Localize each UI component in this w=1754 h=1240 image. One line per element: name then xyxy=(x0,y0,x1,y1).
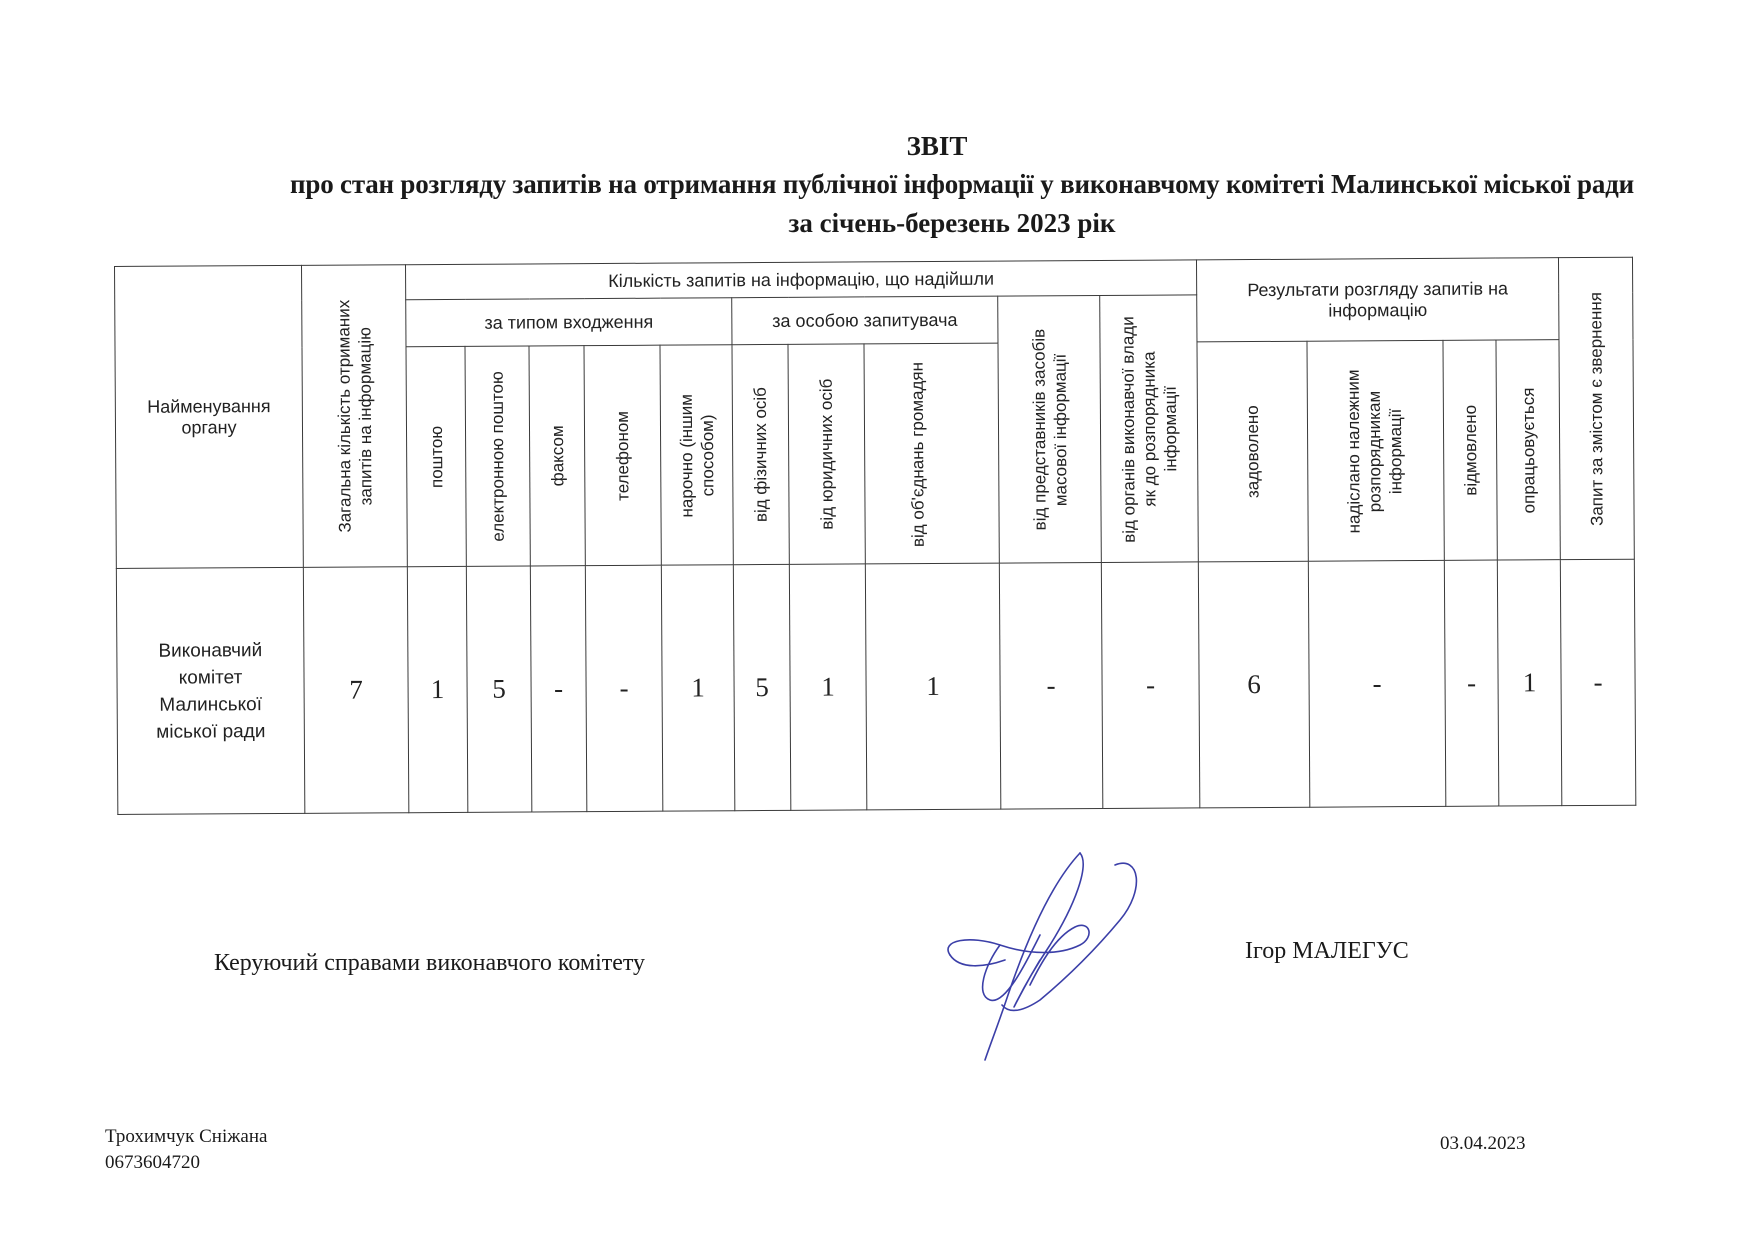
report-period: за січень-березень 2023 рік xyxy=(150,204,1754,242)
header-from-authorities: від органів виконавчої влади як до розпо… xyxy=(1100,295,1199,563)
report-title-block: ЗВІТ про стан розгляду запитів на отрима… xyxy=(0,128,1754,242)
header-by-email: електронною поштою xyxy=(465,346,530,566)
report-date: 03.04.2023 xyxy=(1440,1133,1526,1155)
cell-by-fax: - xyxy=(530,566,587,812)
report-title: ЗВІТ xyxy=(120,128,1754,164)
header-in-progress: опрацьовується xyxy=(1496,340,1560,560)
cell-from-individuals: 5 xyxy=(733,564,791,810)
cell-in-progress: 1 xyxy=(1497,560,1562,806)
header-satisfied: задоволено xyxy=(1197,341,1308,562)
report-subtitle: про стан розгляду запитів на отримання п… xyxy=(170,164,1754,204)
header-results-group: Результати розгляду запитів на інформаці… xyxy=(1196,258,1558,342)
handwritten-signature xyxy=(930,845,1200,1075)
header-from-associations: від об'єднань громадян xyxy=(864,343,999,564)
cell-refused: - xyxy=(1444,560,1499,806)
cell-by-hand: 1 xyxy=(661,565,735,811)
cell-total: 7 xyxy=(303,567,409,814)
header-received-group: Кількість запитів на інформацію, що наді… xyxy=(405,260,1196,300)
header-by-hand: нарочно (іншим способом) xyxy=(660,345,733,565)
executor-info: Трохимчук Сніжана 0673604720 xyxy=(105,1124,267,1176)
header-by-type-group: за типом входження xyxy=(406,298,732,347)
header-row-1: Найменування органу Загальна кількість о… xyxy=(115,257,1633,301)
header-total: Загальна кількість отриманих запитів на … xyxy=(301,265,407,568)
header-by-person-group: за особою запитувача xyxy=(732,296,998,345)
cell-from-associations: 1 xyxy=(865,563,1001,810)
cell-by-mail: 1 xyxy=(407,566,468,812)
cell-appeal-content: - xyxy=(1560,559,1636,805)
requests-report-table: Найменування органу Загальна кількість о… xyxy=(114,257,1636,815)
header-from-individuals: від фізичних осіб xyxy=(732,344,789,564)
header-refused: відмовлено xyxy=(1443,340,1497,560)
executor-name: Трохимчук Сніжана xyxy=(105,1124,267,1150)
cell-by-email: 5 xyxy=(466,566,532,812)
cell-by-phone: - xyxy=(585,565,663,811)
signatory-role: Керуючий справами виконавчого комітету xyxy=(214,950,645,977)
header-forwarded: надіслано належним розпорядникам інформа… xyxy=(1307,340,1444,561)
cell-from-media: - xyxy=(999,562,1103,809)
header-from-legal: від юридичних осіб xyxy=(788,344,865,564)
cell-satisfied: 6 xyxy=(1198,561,1310,808)
cell-org-name: Виконавчий комітет Малинської міської ра… xyxy=(116,567,304,814)
header-from-media: від представників засобів масової інформ… xyxy=(998,295,1102,563)
header-org-name: Найменування органу xyxy=(115,265,304,568)
header-by-mail: поштою xyxy=(406,346,466,566)
table-row: Виконавчий комітет Малинської міської ра… xyxy=(116,559,1635,814)
header-by-fax: факсом xyxy=(529,346,585,566)
cell-forwarded: - xyxy=(1308,560,1446,807)
signatory-name: Ігор МАЛЕГУС xyxy=(1245,938,1409,965)
cell-from-legal: 1 xyxy=(789,564,867,810)
executor-phone: 0673604720 xyxy=(105,1150,267,1176)
header-appeal-content: Запит за змістом є звернення xyxy=(1558,257,1634,559)
cell-from-authorities: - xyxy=(1101,562,1200,809)
header-by-phone: телефоном xyxy=(584,345,661,565)
